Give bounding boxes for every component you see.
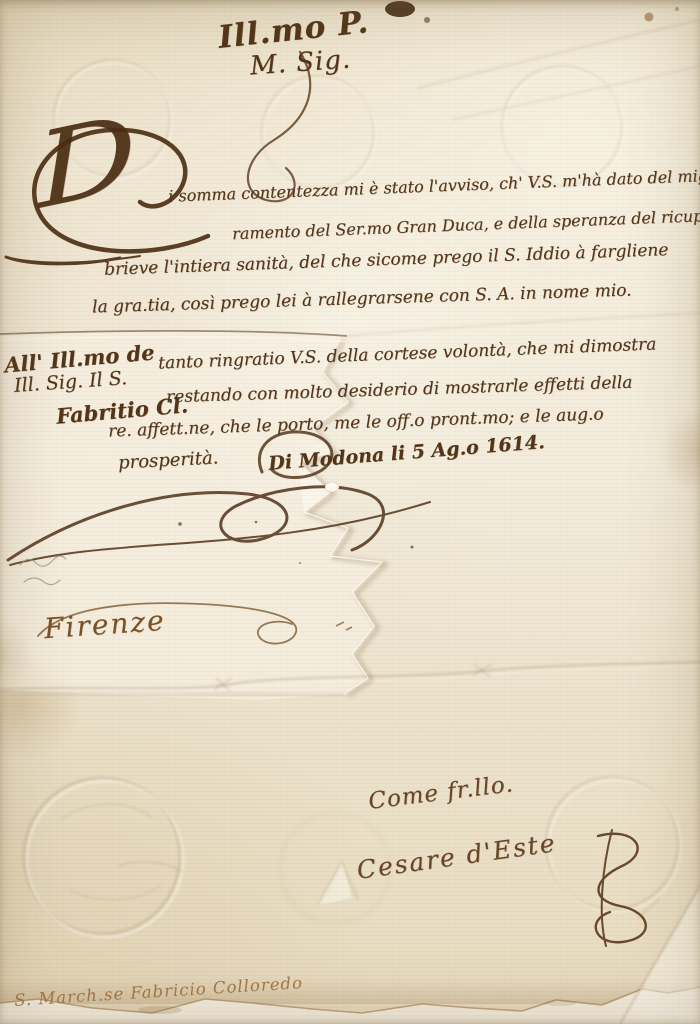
fold-crease-middle (0, 662, 700, 693)
flap-note-firenze: Firenze (43, 604, 167, 645)
body-line-5: tanto ringratio V.S. della cortese volon… (158, 334, 657, 373)
seal-emboss-circle (24, 778, 183, 937)
seal-emboss-circle (546, 777, 681, 912)
body-line-6: restando con molto desiderio di mostrarl… (166, 373, 633, 408)
body-line-4: la gra.tia, così prego lei à rallegrarse… (92, 281, 632, 318)
docket-bottom: S. March.se Fabricio Colloredo (14, 973, 304, 1010)
body-line-3: brieve l'intiera sanità, del che sicome … (104, 240, 669, 280)
seal-emboss-circle (262, 76, 376, 191)
heading-line-2: M. Sig. (249, 45, 352, 82)
initial-capital-d: D (33, 101, 140, 225)
pencil-annotation (20, 556, 66, 585)
corner-fold (620, 886, 700, 1024)
closing-line: Come fr.llo. (367, 771, 515, 815)
paper-hole-spot (325, 482, 339, 492)
signature-paraph (596, 830, 646, 946)
body-line-1: i somma contentezza mi è stato l'avviso,… (168, 165, 700, 205)
body-line-8: prosperità. (118, 447, 219, 473)
wrinkle-crease (418, 20, 700, 120)
paraph-flourish (8, 487, 430, 565)
body-line-2: ramento del Ser.mo Gran Duca, e della sp… (232, 204, 700, 244)
pinch-crease (318, 862, 358, 905)
dateline: Di Modona li 5 Ag.o 1614. (268, 431, 546, 475)
letter-scan-page: Ill.mo P. M. Sig. D i somma contentezza … (0, 0, 700, 1024)
signature-cesare-deste: Cesare d'Este (355, 828, 558, 885)
